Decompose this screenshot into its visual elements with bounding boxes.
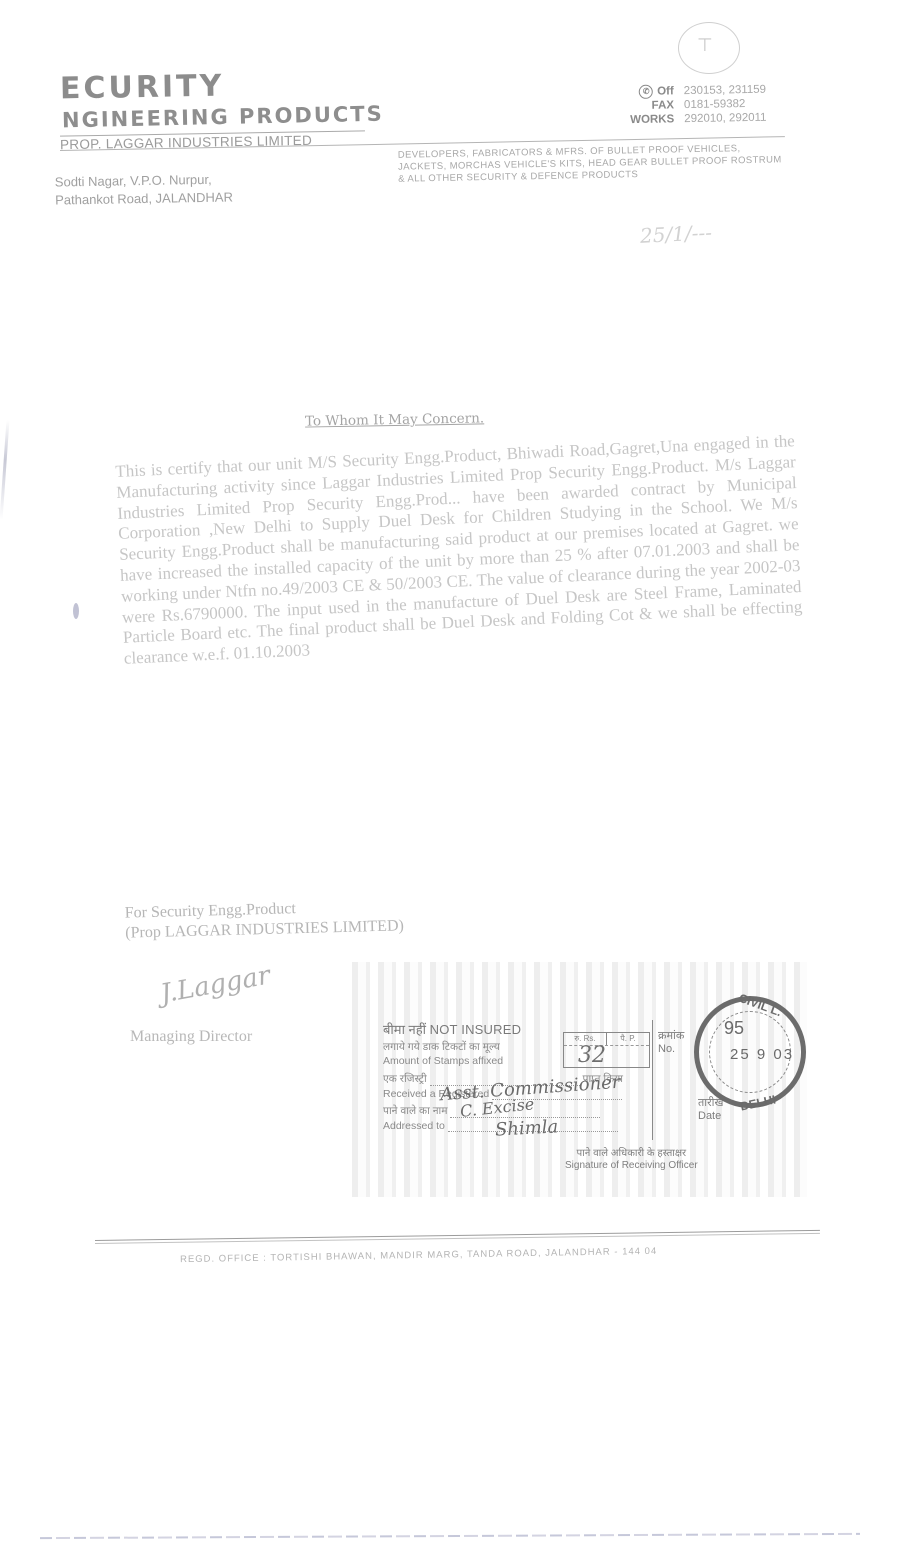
footer-divider — [95, 1230, 820, 1241]
scan-edge — [40, 1533, 860, 1539]
contact-label: Off — [657, 85, 674, 97]
amount-label: Amount of Stamps affixed — [383, 1055, 503, 1067]
contact-value: 0181-59382 — [684, 97, 746, 112]
receiving-officer-signature: पाने वाले अधिकारी के हस्ताक्षर Signature… — [565, 1148, 698, 1172]
contact-label: WORKS — [618, 112, 674, 127]
scan-artifact — [73, 603, 79, 619]
paise-header: पै. P. — [607, 1033, 649, 1045]
phone-icon: ✆ — [639, 85, 653, 99]
company-address: Sodti Nagar, V.P.O. Nurpur, Pathankot Ro… — [55, 170, 233, 209]
stamp-amount: 32 — [578, 1043, 606, 1068]
address-line-2: Pathankot Road, JALANDHAR — [55, 188, 233, 209]
signatory-title: Managing Director — [130, 1028, 252, 1046]
contact-label: FAX — [618, 98, 674, 113]
company-tagline: Developers, Fabricators & Mfrs. of Bulle… — [398, 142, 789, 185]
handwritten-date: 25/1/--- — [639, 220, 712, 248]
stamp-amount-box: रु. Rs. पै. P. 32 — [563, 1032, 650, 1068]
brand-name: ECURITY — [60, 69, 225, 107]
handwriting-city: Shimla — [494, 1116, 558, 1140]
receipt-title-hindi: बीमा नहीं — [383, 1022, 426, 1037]
contact-block: ✆Off 230153, 231159 FAX 0181-59382 WORKS… — [618, 83, 767, 128]
amount-hindi: लगाये गये डाक टिकटों का मूल्य — [383, 1040, 500, 1054]
receipt-divider — [652, 1020, 653, 1140]
letter-body: This is certify that our unit M/S Securi… — [115, 431, 804, 670]
scan-artifact — [0, 420, 9, 520]
contact-value: 230153, 231159 — [684, 83, 767, 98]
receipt-title-english: NOT INSURED — [430, 1022, 522, 1037]
brand-subtitle: NGINEERING PRODUCTS — [62, 102, 384, 133]
logo-icon: ⊤ — [678, 22, 740, 74]
receipt-title: बीमा नहीं NOT INSURED — [383, 1020, 521, 1038]
signature: J.Laggar — [158, 961, 272, 1010]
letter-subject: To Whom It May Concern. — [305, 410, 484, 429]
receipt-number-label: क्रमांक No. — [658, 1030, 684, 1056]
contact-value: 292010, 292011 — [684, 111, 767, 126]
postmark-date: 25 9 03 — [730, 1046, 794, 1063]
registered-office-address: Regd. Office : Tortishi Bhawan, Mandir M… — [180, 1246, 657, 1265]
closing-block: For Security Engg.Product (Prop LAGGAR I… — [125, 896, 405, 943]
postmark-number: 95 — [724, 1018, 744, 1039]
contact-works: WORKS 292010, 292011 — [618, 111, 767, 128]
